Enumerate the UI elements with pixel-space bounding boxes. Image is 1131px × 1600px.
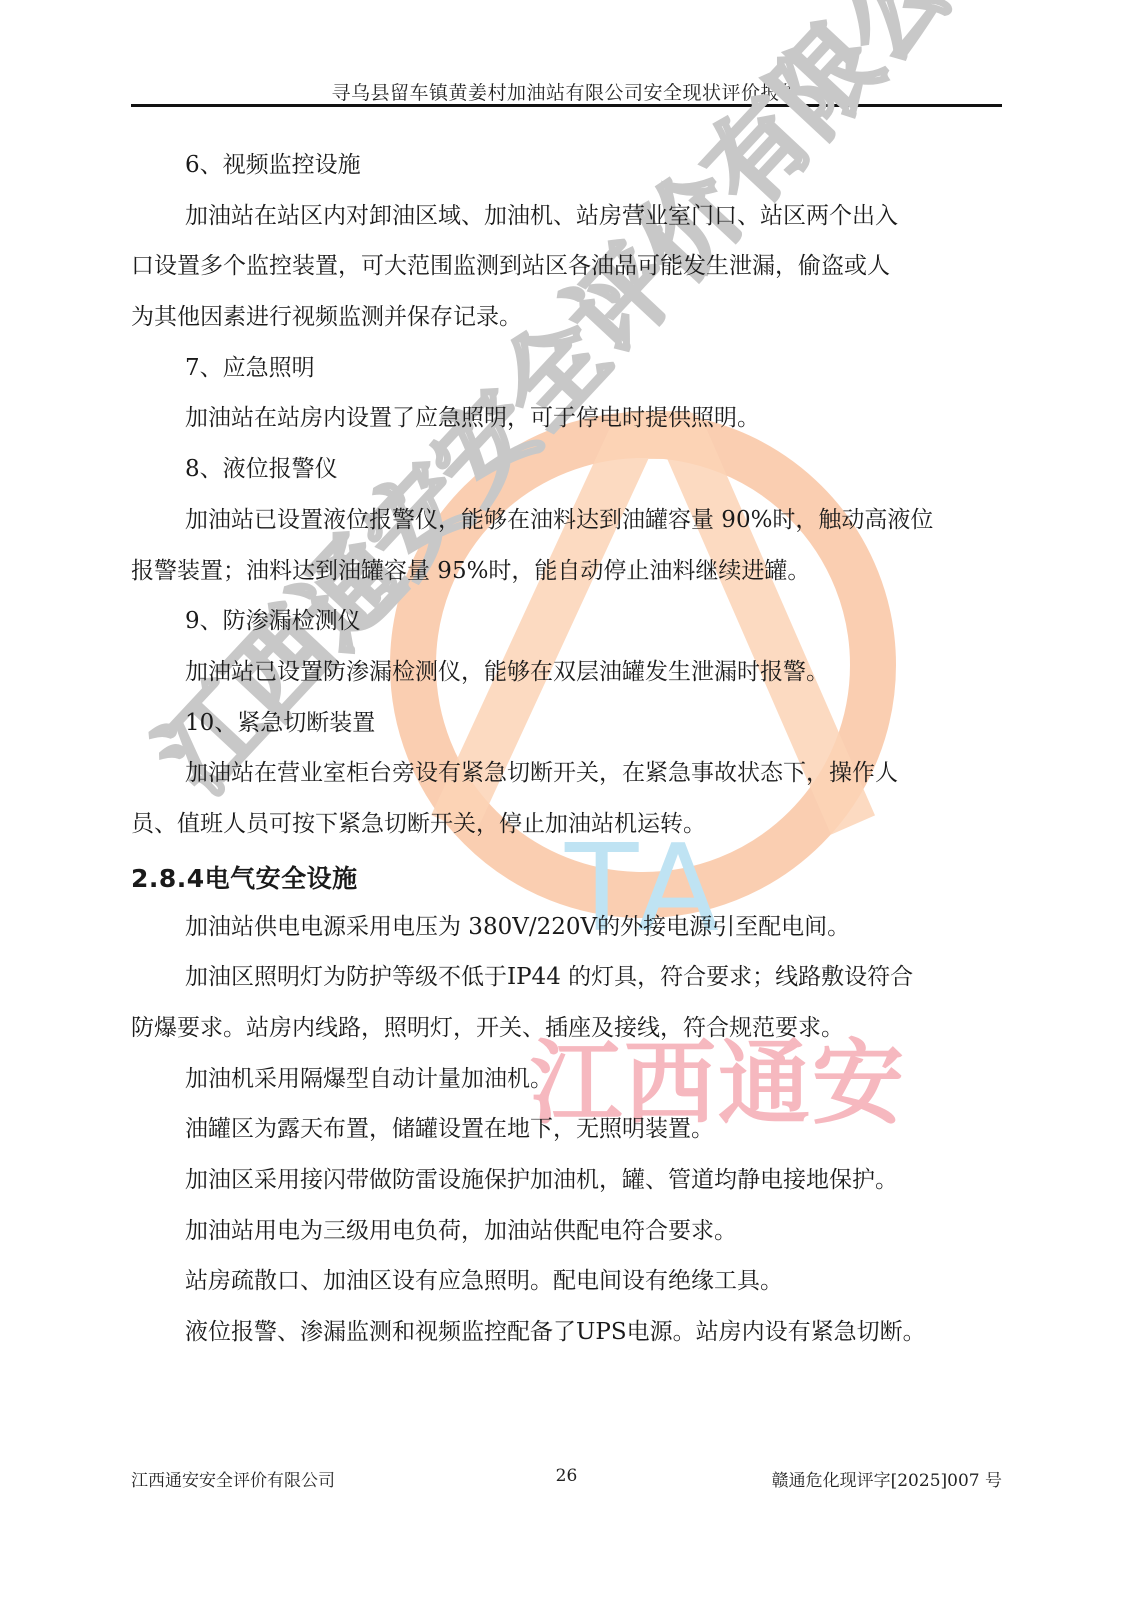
item-title-level-alarm: 8、液位报警仪 <box>131 444 1002 495</box>
paragraph-line: 员、值班人员可按下紧急切断开关，停止加油站机运转。 <box>131 799 1002 850</box>
paragraph-line: 为其他因素进行视频监测并保存记录。 <box>131 292 1002 343</box>
item-title-video-monitoring: 6、视频监控设施 <box>131 140 1002 191</box>
document-page: TA 江西通安 江西通安安全评价有限公司 寻乌县留车镇黄姜村加油站有限公司安全现… <box>0 0 1131 1600</box>
paragraph-line: 液位报警、渗漏监测和视频监控配备了UPS电源。站房内设有紧急切断。 <box>131 1307 1002 1358</box>
document-body: 6、视频监控设施 加油站在站区内对卸油区域、加油机、站房营业室门口、站区两个出入… <box>131 140 1002 1358</box>
paragraph-line: 加油区照明灯为防护等级不低于IP44 的灯具，符合要求；线路敷设符合 <box>131 952 1002 1003</box>
paragraph-line: 加油站已设置液位报警仪，能够在油料达到油罐容量 90%时，触动高液位 <box>131 495 1002 546</box>
paragraph-line: 加油区采用接闪带做防雷设施保护加油机，罐、管道均静电接地保护。 <box>131 1155 1002 1206</box>
item-title-emergency-shutoff: 10、紧急切断装置 <box>131 698 1002 749</box>
header-divider <box>131 104 1002 107</box>
paragraph-line: 加油站供电电源采用电压为 380V/220V的外接电源引至配电间。 <box>131 902 1002 953</box>
document-number: 赣通危化现评字[2025]007 号 <box>772 1466 1002 1491</box>
paragraph-line: 防爆要求。站房内线路，照明灯，开关、插座及接线，符合规范要求。 <box>131 1003 1002 1054</box>
paragraph-line: 加油机采用隔爆型自动计量加油机。 <box>131 1054 1002 1105</box>
paragraph-line: 油罐区为露天布置，储罐设置在地下，无照明装置。 <box>131 1104 1002 1155</box>
page-footer: 江西通安安全评价有限公司 26 赣通危化现评字[2025]007 号 <box>131 1466 1002 1496</box>
item-title-leak-detector: 9、防渗漏检测仪 <box>131 596 1002 647</box>
running-header-title: 寻乌县留车镇黄姜村加油站有限公司安全现状评价报告 <box>0 78 1131 105</box>
item-title-emergency-lighting: 7、应急照明 <box>131 343 1002 394</box>
paragraph-line: 站房疏散口、加油区设有应急照明。配电间设有绝缘工具。 <box>131 1256 1002 1307</box>
paragraph-line: 加油站用电为三级用电负荷，加油站供配电符合要求。 <box>131 1206 1002 1257</box>
paragraph-line: 加油站在站房内设置了应急照明，可于停电时提供照明。 <box>131 393 1002 444</box>
paragraph-line: 加油站在站区内对卸油区域、加油机、站房营业室门口、站区两个出入 <box>131 191 1002 242</box>
section-heading: 2.8.4电气安全设施 <box>131 850 1002 902</box>
paragraph-line: 加油站已设置防渗漏检测仪，能够在双层油罐发生泄漏时报警。 <box>131 647 1002 698</box>
paragraph-line: 报警装置；油料达到油罐容量 95%时，能自动停止油料继续进罐。 <box>131 546 1002 597</box>
paragraph-line: 口设置多个监控装置，可大范围监测到站区各油品可能发生泄漏，偷盗或人 <box>131 241 1002 292</box>
paragraph-line: 加油站在营业室柜台旁设有紧急切断开关，在紧急事故状态下，操作人 <box>131 748 1002 799</box>
